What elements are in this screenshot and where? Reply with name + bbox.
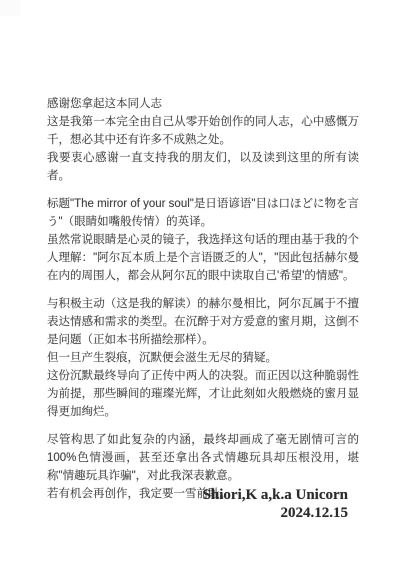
- paragraph-line: 但一旦产生裂痕，沉默便会滋生无尽的猜疑。: [47, 349, 359, 367]
- afterword-text: 感谢您拿起这本同人志 这是我第一本完全由自己从零开始创作的同人志，心中感慨万千，…: [47, 95, 359, 503]
- signature-block: Shiori,K a,k.a Unicorn 2024.12.15: [203, 487, 348, 522]
- afterword-page: 感谢您拿起这本同人志 这是我第一本完全由自己从零开始创作的同人志，心中感慨万千，…: [0, 0, 400, 567]
- paragraph-line: 这是我第一本完全由自己从零开始创作的同人志，心中感慨万千，想必其中还有许多不成熟…: [47, 113, 359, 149]
- paragraph-thanks: 感谢您拿起这本同人志 这是我第一本完全由自己从零开始创作的同人志，心中感慨万千，…: [47, 95, 359, 185]
- paragraph-line: 虽然常说眼睛是心灵的镜子，我选择这句话的理由基于我的个人理解："阿尔瓦本质上是个…: [47, 231, 359, 285]
- author-signature: Shiori,K a,k.a Unicorn: [203, 487, 348, 505]
- paragraph-line: 我要衷心感谢一直支持我的朋友们，以及读到这里的所有读者。: [47, 149, 359, 185]
- paragraph-line: 标题"The mirror of your soul"是日语谚语"目は口ほどに物…: [47, 195, 359, 231]
- paragraph-line: 感谢您拿起这本同人志: [47, 95, 359, 113]
- scan-artifact: [0, 0, 20, 16]
- paragraph-line: 这份沉默最终导向了正传中两人的决裂。而正因以这种脆弱性为前提，那些瞬间的璀璨光辉…: [47, 367, 359, 421]
- signature-date: 2024.12.15: [203, 505, 348, 523]
- paragraph-title-explanation: 标题"The mirror of your soul"是日语谚语"目は口ほどに物…: [47, 195, 359, 285]
- paragraph-line: 与积极主动（这是我的解读）的赫尔曼相比，阿尔瓦属于不擅表达情感和需求的类型。在沉…: [47, 295, 359, 349]
- paragraph-character-analysis: 与积极主动（这是我的解读）的赫尔曼相比，阿尔瓦属于不擅表达情感和需求的类型。在沉…: [47, 295, 359, 421]
- paragraph-line: 尽管构思了如此复杂的内涵，最终却画成了毫无剧情可言的100%色情漫画，甚至还拿出…: [47, 431, 359, 485]
